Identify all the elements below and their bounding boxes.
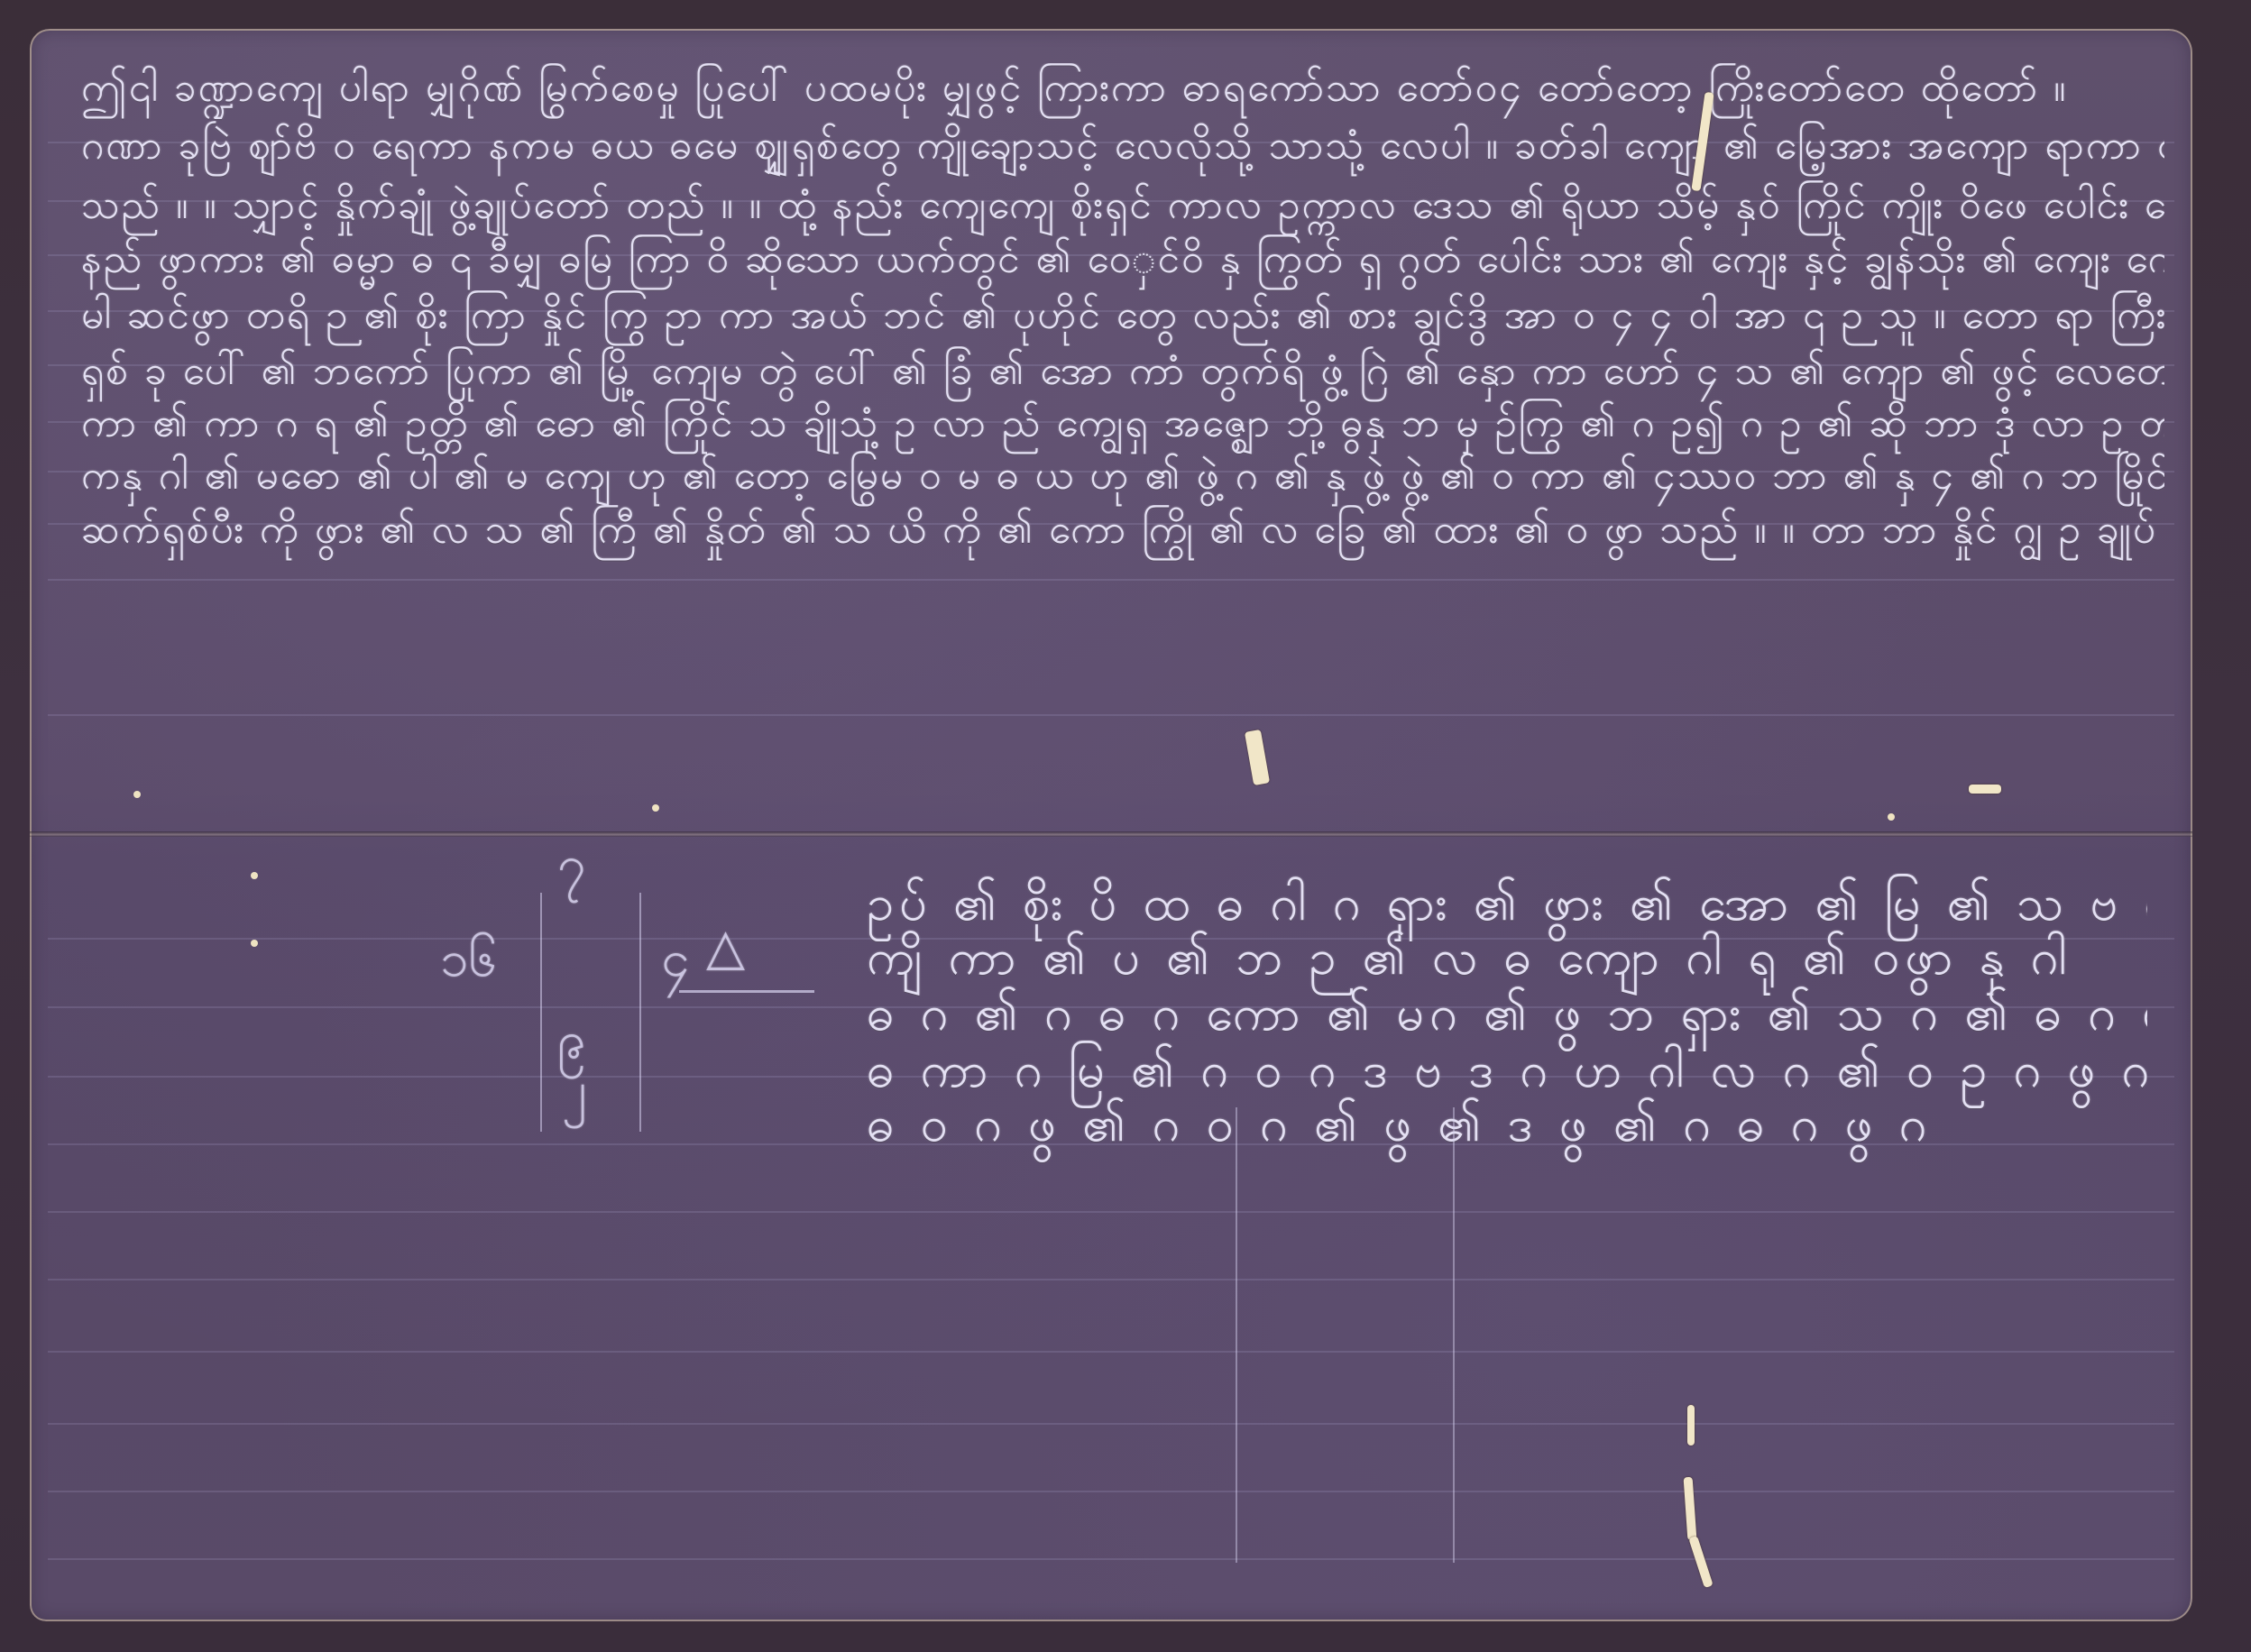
upper-panel: ဤ၎ါ ခဏ္ဍာကျေ ပါရာ မျှဂိုဏ် မြွက်စေမှု ပြ… — [30, 29, 2192, 831]
rule-line — [48, 1423, 2174, 1425]
diagram-underline — [679, 990, 814, 993]
rule-line — [48, 579, 2174, 581]
speck — [251, 940, 258, 947]
speck — [652, 804, 659, 812]
diagram-triangle-mark: △ — [706, 918, 745, 977]
hole-damage — [1687, 1405, 1695, 1445]
rule-line — [48, 1279, 2174, 1280]
speck — [1888, 813, 1895, 821]
vertical-rule — [1236, 1107, 1237, 1563]
text-line-3: သည် ။ ။ သျှာင့် နှိုက်ချုံ ဖွဲ့ချုပ်တော်… — [81, 180, 2164, 238]
diagram-numeral-top: ၇ — [557, 832, 586, 906]
crack-damage — [1688, 1536, 1713, 1588]
diagram-numeral-bottom: ၂ — [562, 1058, 587, 1132]
text-line-4: နည် ဖွာကား ၏ ဓမ္မာ ဓ ၎ ခီမျှ ဓမြ ကြာ ဝိ … — [81, 234, 2164, 292]
speck — [133, 791, 141, 798]
crack-damage — [1969, 785, 2001, 794]
rule-line — [48, 1351, 2174, 1353]
rule-line — [48, 1558, 2174, 1560]
text-line-2: ဂဏာ ခုဗြဲ ဈာ်ဗိ ဝ ရေကာ နကမ ဓယ ဓမေ ဈျှရှစ… — [81, 121, 2164, 179]
text-line-1: ဤ၎ါ ခဏ္ဍာကျေ ပါရာ မျှဂိုဏ် မြွက်စေမှု ပြ… — [81, 63, 2164, 121]
text-line-5: မါ ဆင်ဖွာ တရိ ဉ ၏ စိုး ကြာ နှိုင် ကြွ ဥာ… — [81, 290, 2164, 348]
manuscript-page: ဤ၎ါ ခဏ္ဍာကျေ ပါရာ မျှဂိုဏ် မြွက်စေမှု ပြ… — [30, 29, 2192, 1621]
speck — [251, 872, 258, 879]
rule-line — [48, 1491, 2174, 1492]
crack-damage — [1245, 730, 1270, 785]
crack-damage — [1684, 1477, 1697, 1541]
vertical-rule — [1453, 1107, 1455, 1563]
rule-line — [48, 714, 2174, 716]
rule-line — [48, 1211, 2174, 1213]
text-line-8: ကနှ ဂါ ၏ မဓော ၏ ပါ ၏ မ ကျေ ဟု ၏ တော့ မြွ… — [81, 451, 2164, 509]
lower-panel: ၁၆ ၇ ၉ ၂ ၄ △ ဥပ် ၏ စိုး ပိ ထ ဓ ဂါ ဂ ရှား… — [30, 837, 2192, 1621]
diagram-divider — [639, 893, 641, 1132]
text-line-9: ဆက်ရှစ်ပီး ကို ဖွား ၏ လ သ ၏ ကြီ ၏ နှိုတ်… — [81, 505, 2164, 563]
text-line-7: ကာ ၏ ကာ ဂ ရ ၏ ဥတ္တိ ၏ ဓော ၏ ကြိုင် သ ချိ… — [81, 399, 2164, 456]
diagram-numeral-left: ၁၆ — [440, 927, 497, 1001]
handwritten-line-5: ဓ ဝ ဂ ဖွ ၏ ဂ ဝ ဂ ၏ ဖွ ၏ ဒ ဖွ ၏ ဂ ဓ ဂ ဖွ … — [867, 1094, 2147, 1165]
diagram-divider — [540, 893, 542, 1132]
text-line-6: ရှစ် ခု ပေါ် ၏ ဘကော် ပြုကာ ၏ မြို့ ကျေမ … — [81, 346, 2164, 404]
